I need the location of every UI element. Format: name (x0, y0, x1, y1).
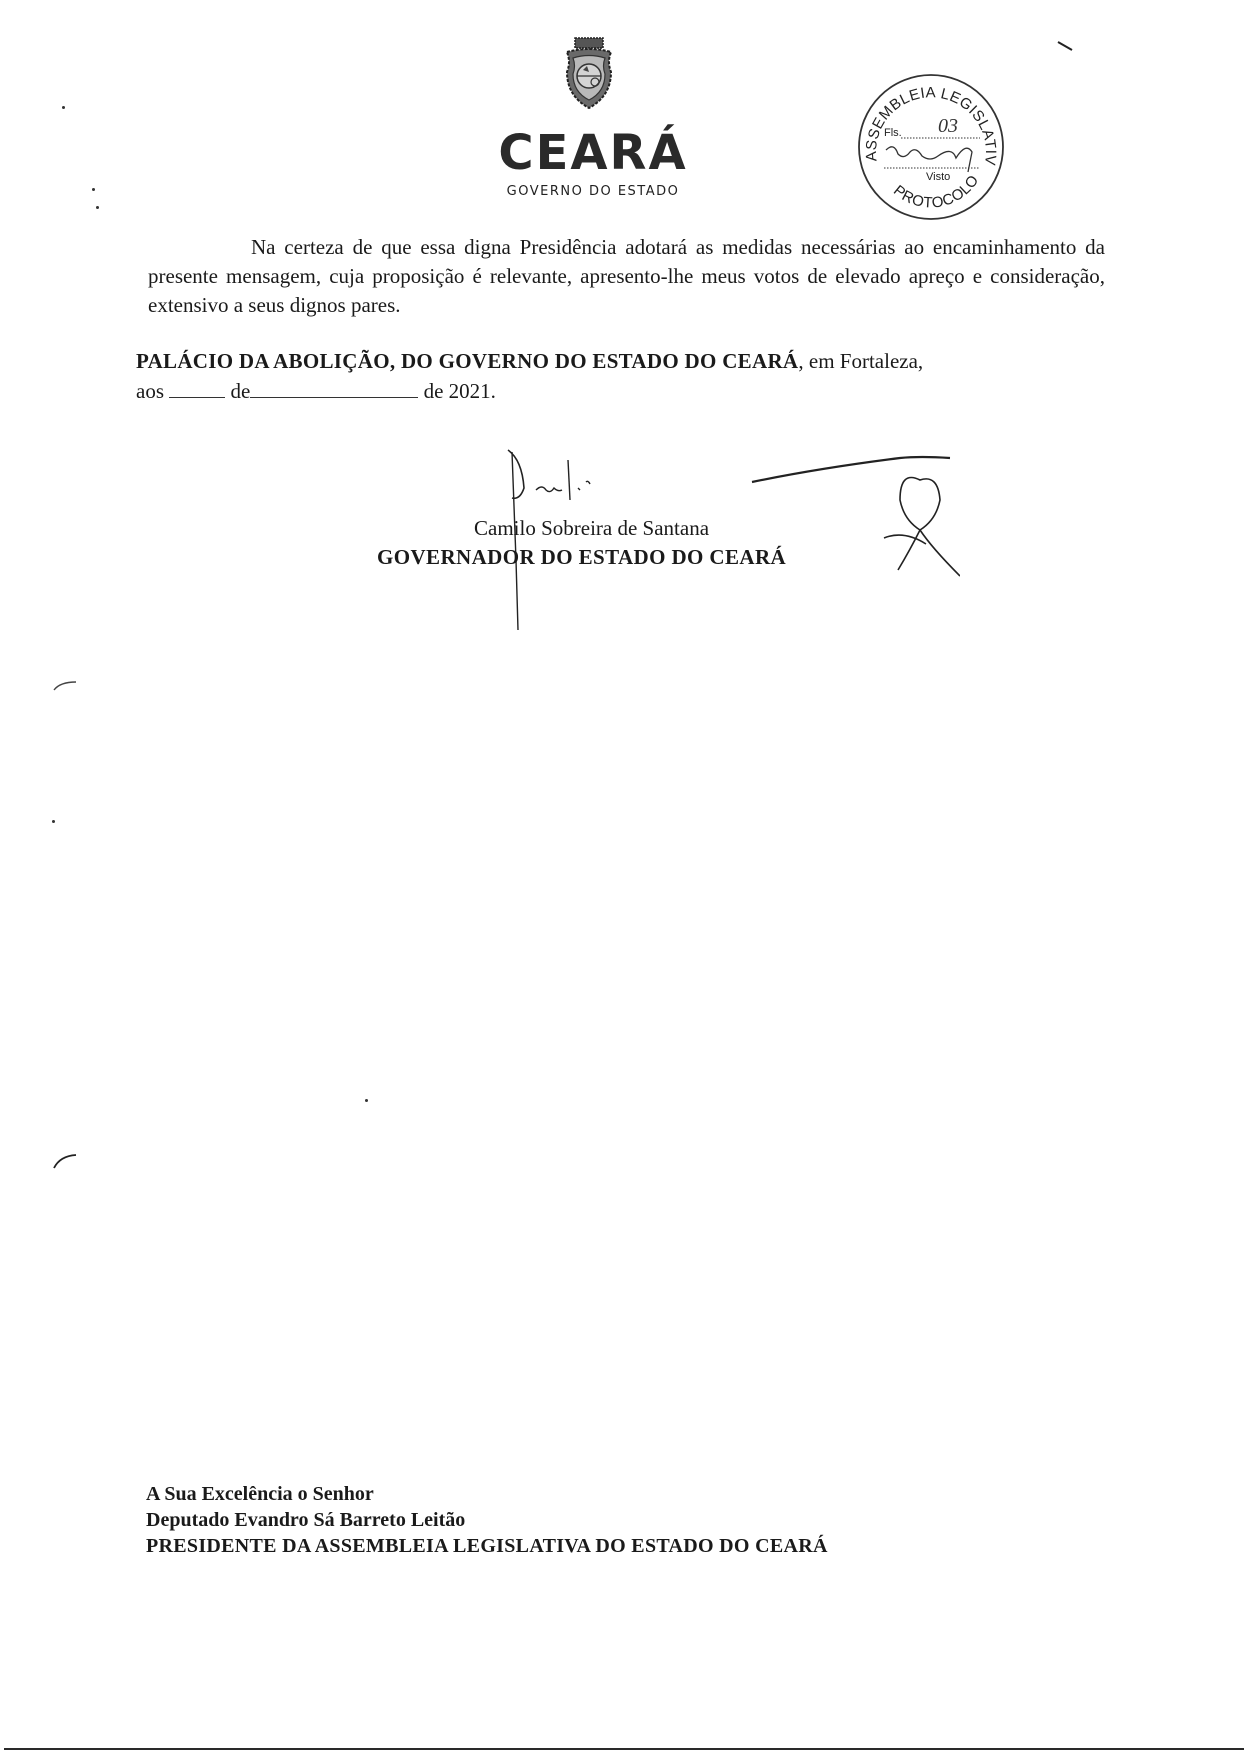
place-city: , em Fortaleza, (798, 349, 923, 373)
footer-rule (4, 1748, 1244, 1750)
brand-subtitle: GOVERNO DO ESTADO (478, 184, 708, 199)
scan-speck (365, 1099, 368, 1102)
stamp-fls-value: 03 (938, 115, 958, 137)
date-aos: aos (136, 379, 164, 403)
state-coat-of-arms-icon (561, 36, 617, 112)
svg-text:ASSEMBLEIA LEGISLATIVA DO CEAR: ASSEMBLEIA LEGISLATIVA DO CEARÁ (856, 72, 999, 166)
brand-wordmark: CEARÁ (488, 128, 698, 178)
month-blank (250, 379, 418, 398)
stamp-visto-label: Visto (926, 171, 950, 183)
protocol-stamp: ASSEMBLEIA LEGISLATIVA DO CEARÁ PROTOCOL… (856, 72, 1006, 222)
scan-mark (1056, 40, 1076, 54)
place-name: PALÁCIO DA ABOLIÇÃO, DO GOVERNO DO ESTAD… (136, 349, 798, 373)
day-blank (169, 379, 225, 398)
scan-speck (62, 106, 65, 109)
addressee-name: Deputado Evandro Sá Barreto Leitão (146, 1508, 465, 1533)
addressee-title: PRESIDENTE DA ASSEMBLEIA LEGISLATIVA DO … (146, 1534, 828, 1559)
stamp-ring-top: ASSEMBLEIA LEGISLATIVA DO CEARÁ (856, 72, 999, 166)
body-paragraph: Na certeza de que essa digna Presidência… (148, 233, 1105, 320)
scan-speck (92, 188, 95, 191)
date-year: de 2021. (424, 379, 496, 403)
signatory-name: Camilo Sobreira de Santana (474, 515, 709, 541)
addressee-salutation: A Sua Excelência o Senhor (146, 1482, 374, 1507)
scan-mark (50, 1150, 80, 1170)
place-date-line: PALÁCIO DA ABOLIÇÃO, DO GOVERNO DO ESTAD… (136, 346, 1106, 406)
scan-mark (50, 678, 80, 692)
date-de: de (231, 379, 251, 403)
stamp-fls-label: Fls. (884, 127, 902, 139)
scan-speck (52, 820, 55, 823)
signatory-title: GOVERNADOR DO ESTADO DO CEARÁ (377, 543, 786, 571)
scan-speck (96, 206, 99, 209)
